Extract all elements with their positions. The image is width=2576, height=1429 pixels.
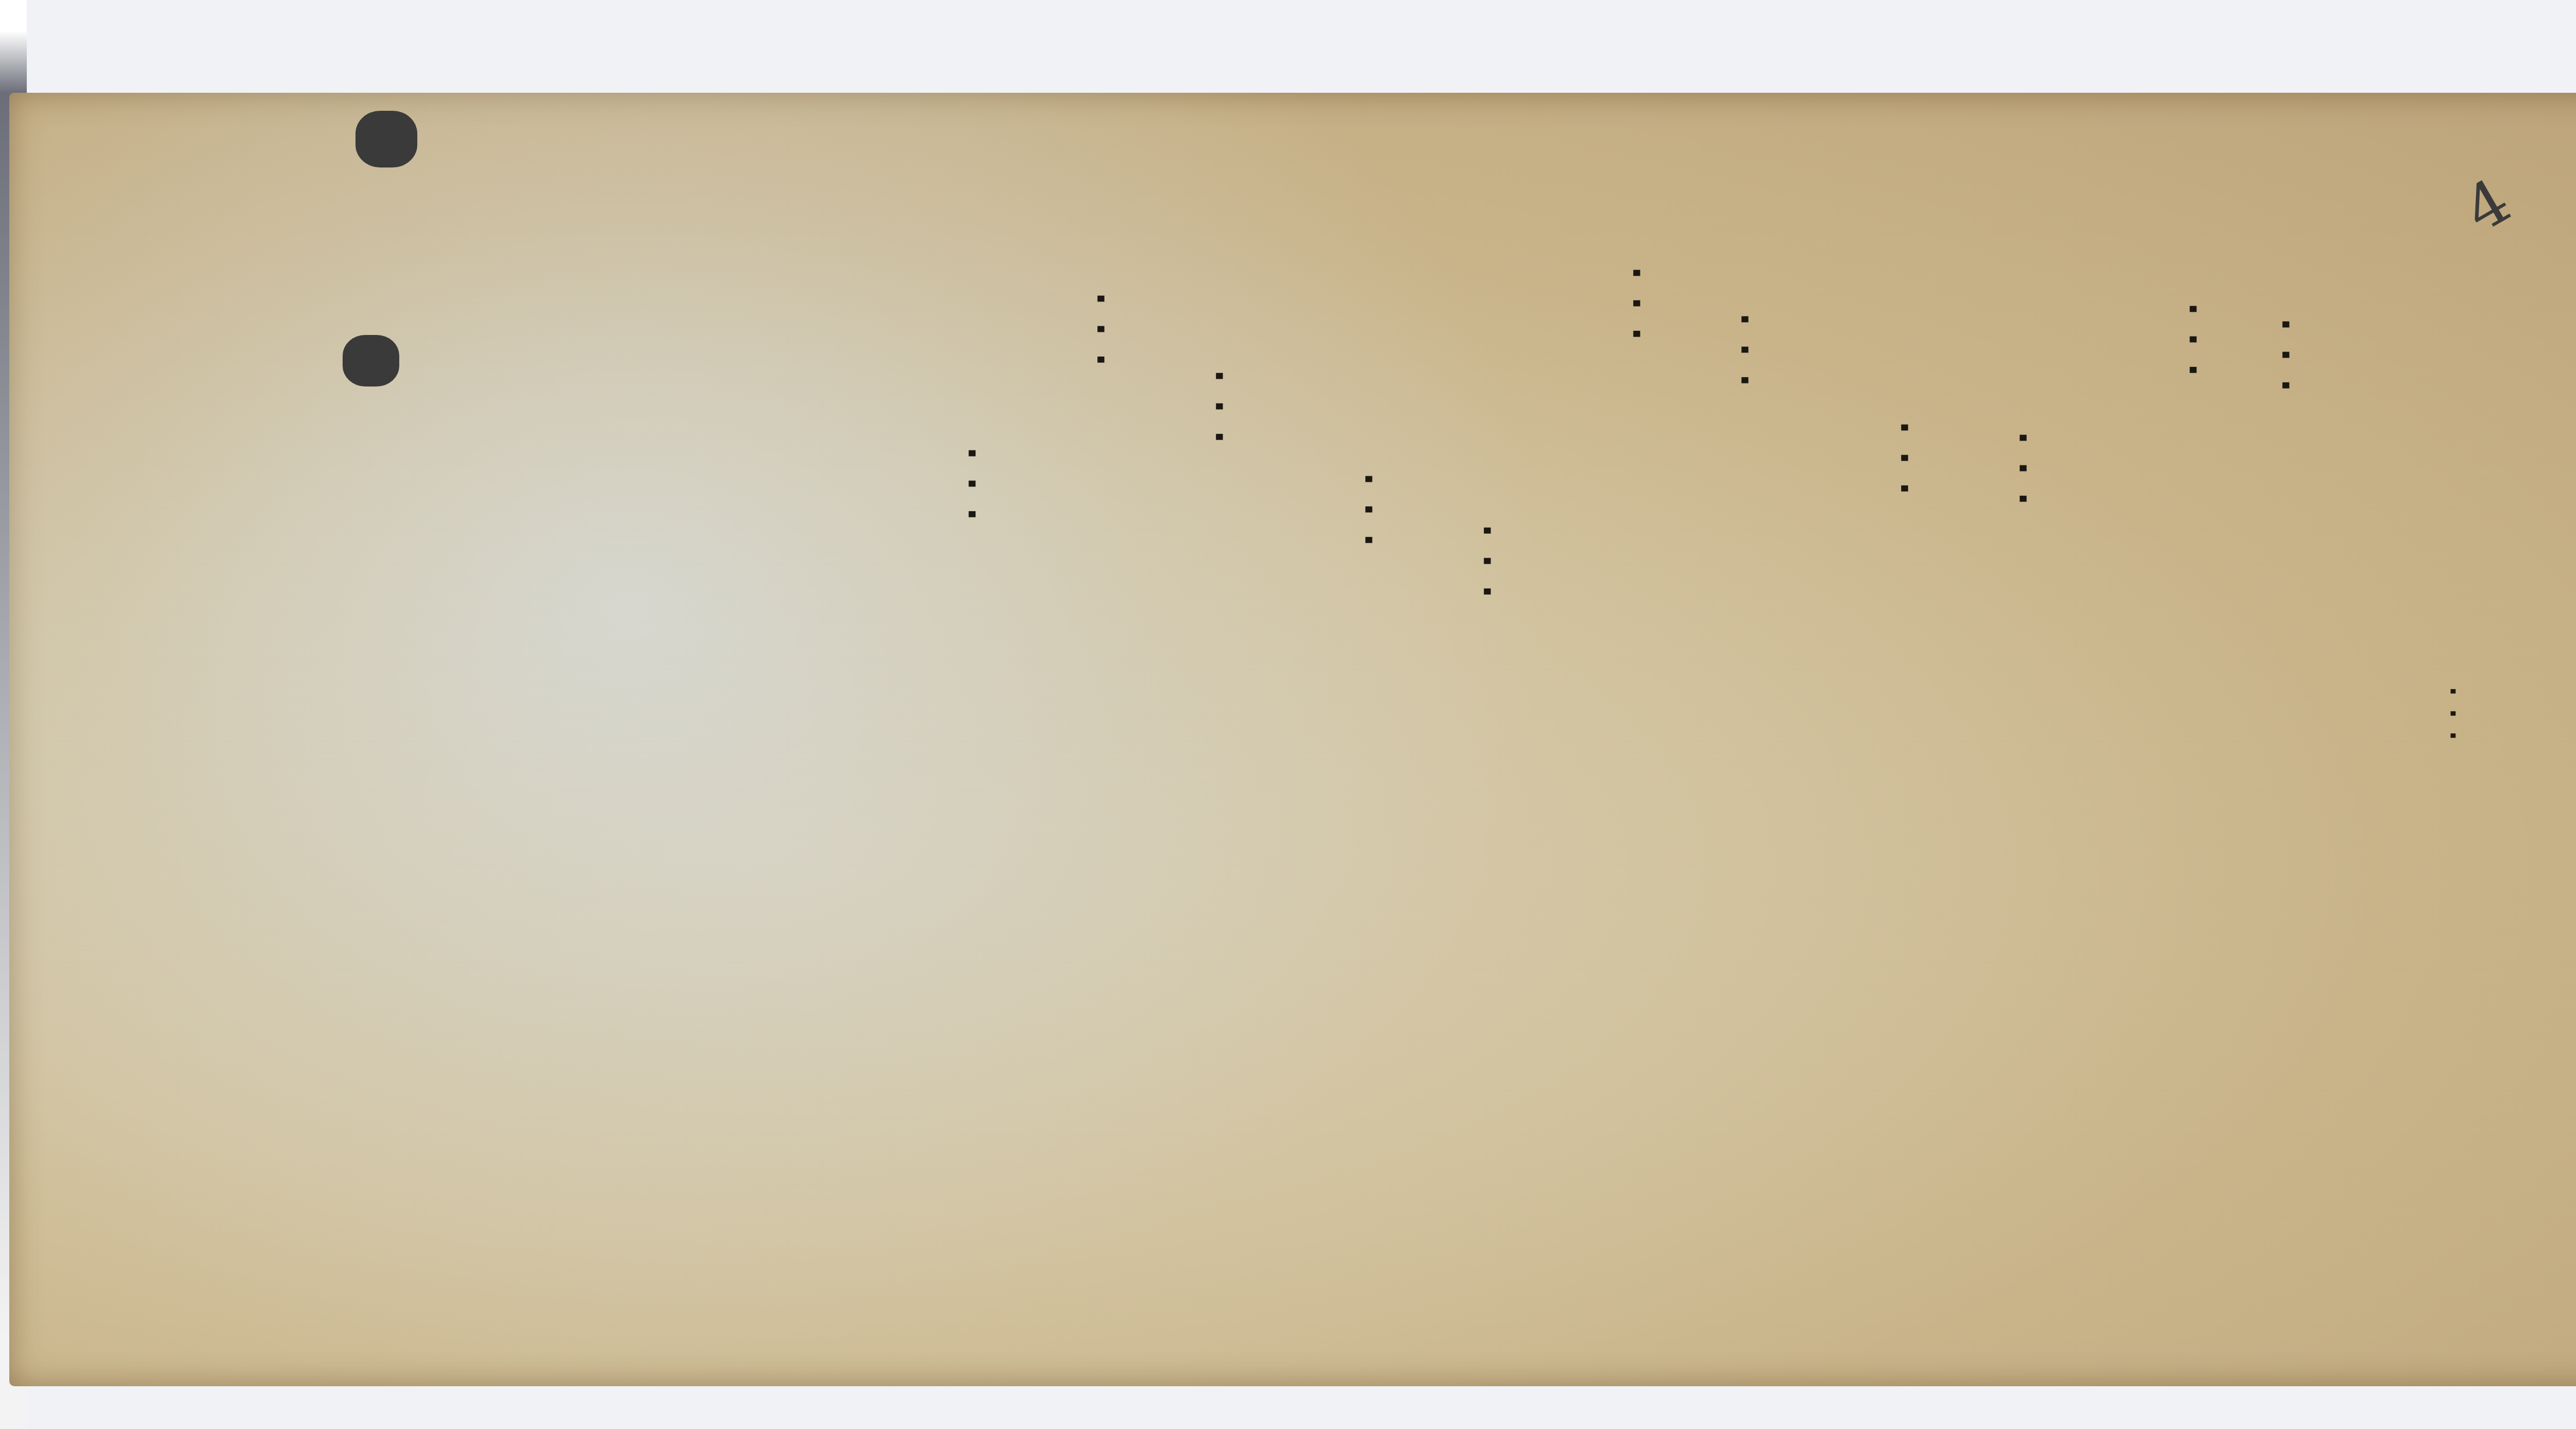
text-line: ۰۰۰: [2257, 309, 2323, 1031]
text-line: ۰۰۰: [1458, 515, 1524, 1159]
text-line: ۰۰۰: [1875, 412, 1941, 1082]
ink-blot: [355, 111, 417, 167]
ink-blot: [343, 335, 399, 386]
text-line: ۰۰۰: [1716, 304, 1782, 922]
text-line: ۰۰۰: [1072, 283, 1138, 928]
folio-number-bottom: 32: [2568, 1237, 2576, 1296]
text-line: ۰۰۰: [1994, 423, 2060, 1077]
text-line: ۰۰۰: [2432, 680, 2480, 912]
text-line: ۰۰۰: [1190, 361, 1256, 1005]
text-line: ۰۰۰: [2164, 294, 2230, 1067]
text-line: ۰۰۰: [943, 438, 1009, 799]
text-line: ۰۰۰: [1340, 464, 1405, 1211]
water-stain: [9, 93, 1555, 1386]
text-line: ۰۰۰: [1607, 258, 1673, 979]
